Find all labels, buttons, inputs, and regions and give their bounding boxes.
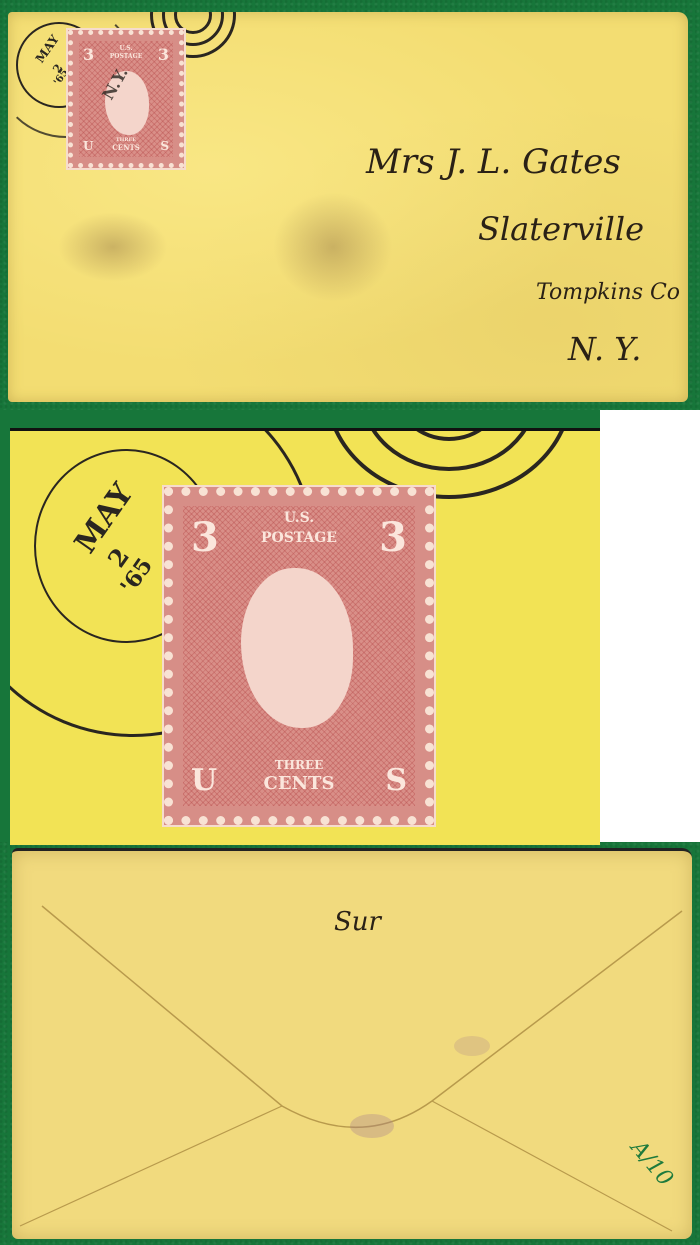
address-line-state: N. Y. (568, 330, 641, 368)
stamp-postage-label-enlarged: POSTAGE (183, 530, 415, 546)
stamp-value-cents-enlarged: CENTS (183, 773, 415, 794)
stamp-top-label: U.S. (79, 45, 173, 52)
postage-stamp-enlarged: 3 3 U.S. POSTAGE U S THREE CENTS (164, 487, 434, 825)
cover-front: MAY 2 '65 3 3 U.S. POSTAGE U S THREE CEN… (8, 12, 688, 402)
address-line-town: Slaterville (478, 210, 644, 248)
stamp-top-label-enlarged: U.S. (183, 510, 415, 526)
stain (273, 192, 393, 302)
blank-area (600, 410, 700, 842)
stamp-detail-view: MAY 2 '65 3 3 U.S. POSTAGE U S THREE CEN… (10, 428, 600, 845)
cover-back: Sur A/10 (12, 848, 692, 1239)
stain (58, 212, 168, 282)
stamp-value-cents: CENTS (79, 143, 173, 152)
postage-stamp: 3 3 U.S. POSTAGE U S THREE CENTS (68, 30, 184, 168)
stamp-postage-label: POSTAGE (79, 53, 173, 60)
flap-pencil-note: Sur (334, 907, 381, 937)
address-line-county: Tompkins Co (536, 280, 680, 305)
washington-portrait-enlarged (241, 568, 353, 728)
address-line-name: Mrs J. L. Gates (366, 142, 621, 182)
stamp-value-three-enlarged: THREE (183, 758, 415, 772)
